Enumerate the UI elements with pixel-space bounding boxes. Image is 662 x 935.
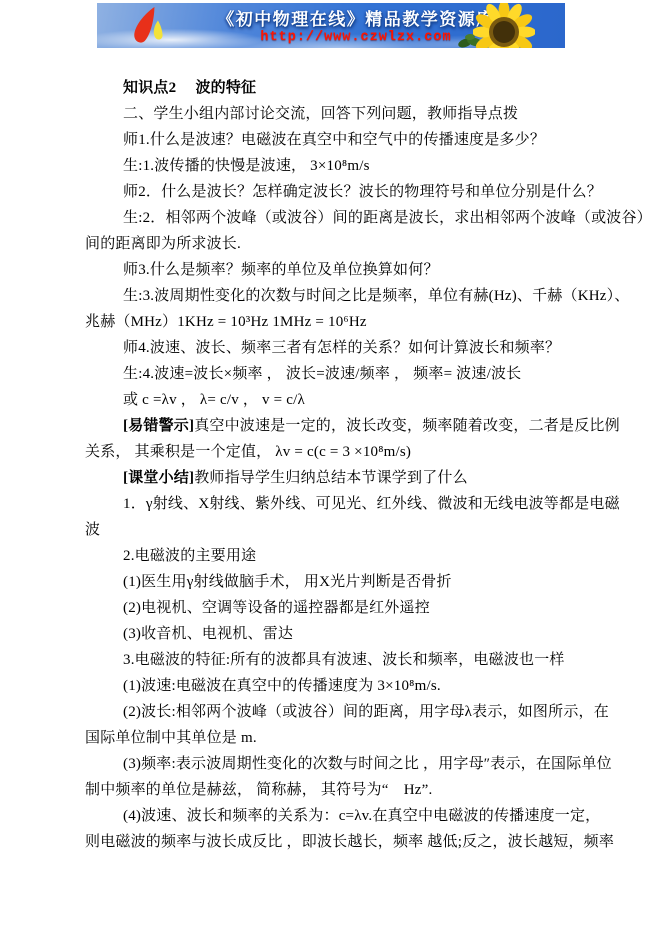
line-text: (1)医生用γ射线做脑手术， 用X光片判断是否骨折 bbox=[123, 574, 452, 590]
text-line: 关系， 其乘积是一个定值， λv = c(c = 3 ×10⁸m/s) bbox=[85, 439, 585, 465]
line-text: 国际单位制中其单位是 m. bbox=[85, 730, 257, 746]
line-text: 二、学生小组内部讨论交流，回答下列问题，教师指导点拨 bbox=[123, 106, 518, 122]
text-line: 师4.波速、波长、频率三者有怎样的关系？如何计算波长和频率？ bbox=[85, 335, 585, 361]
line-text: (3)收音机、电视机、雷达 bbox=[123, 626, 293, 642]
line-text: 则电磁波的频率与波长成反比 ，即波长越长，频率 越低;反之，波长越短，频率 bbox=[85, 834, 614, 850]
text-line: 师1.什么是波速？电磁波在真空中和空气中的传播速度是多少？ bbox=[85, 127, 585, 153]
sunflower-icon bbox=[473, 3, 535, 48]
line-text: 2.电磁波的主要用途 bbox=[123, 548, 256, 564]
line-text: 间的距离即为所求波长. bbox=[85, 236, 241, 252]
text-line: 间的距离即为所求波长. bbox=[85, 231, 585, 257]
line-text: 关系， 其乘积是一个定值， λv = c(c = 3 ×10⁸m/s) bbox=[85, 444, 411, 460]
text-line: 生:1.波传播的快慢是波速， 3×10⁸m/s bbox=[85, 153, 585, 179]
line-text: 师1.什么是波速？电磁波在真空中和空气中的传播速度是多少？ bbox=[123, 132, 545, 148]
line-text: (1)波速:电磁波在真空中的传播速度为 3×10⁸m/s. bbox=[123, 678, 441, 694]
line-text: 教师指导学生归纳总结本节课学到了什么 bbox=[194, 470, 468, 486]
line-text: 生:2．相邻两个波峰（或波谷）间的距离是波长，求出相邻两个波峰（或波谷） bbox=[123, 210, 652, 226]
line-text: 师2．什么是波长？怎样确定波长？波长的物理符号和单位分别是什么？ bbox=[123, 184, 602, 200]
text-line: [课堂小结]教师指导学生归纳总结本节课学到了什么 bbox=[85, 465, 585, 491]
text-line: 国际单位制中其单位是 m. bbox=[85, 725, 585, 751]
line-text: 3.电磁波的特征:所有的波都具有波速、波长和频率，电磁波也一样 bbox=[123, 652, 565, 668]
line-text: 或 c =λv ， λ= c/v ， v = c/λ bbox=[123, 392, 305, 408]
line-text: (3)频率:表示波周期性变化的次数与时间之比 ，用字母″表示，在国际单位 bbox=[123, 756, 612, 772]
text-line: (3)频率:表示波周期性变化的次数与时间之比 ，用字母″表示，在国际单位 bbox=[85, 751, 585, 777]
text-line: 生:3.波周期性变化的次数与时间之比是频率，单位有赫(Hz)、千赫（KHz）、 bbox=[85, 283, 585, 309]
text-line: 3.电磁波的特征:所有的波都具有波速、波长和频率，电磁波也一样 bbox=[85, 647, 585, 673]
line-text: 生:4.波速=波长×频率 ， 波长=波速/频率 ， 频率= 波速/波长 bbox=[123, 366, 521, 382]
text-line: [易错警示]真空中波速是一定的，波长改变，频率随着改变，二者是反比例 bbox=[85, 413, 585, 439]
flame-logo-icon bbox=[127, 4, 171, 48]
line-text: 生:3.波周期性变化的次数与时间之比是频率，单位有赫(Hz)、千赫（KHz）、 bbox=[123, 288, 630, 304]
line-text: 师3.什么是频率？频率的单位及单位换算如何？ bbox=[123, 262, 439, 278]
text-line: 二、学生小组内部讨论交流，回答下列问题，教师指导点拨 bbox=[85, 101, 585, 127]
text-line: 2.电磁波的主要用途 bbox=[85, 543, 585, 569]
line-bold-prefix: [易错警示] bbox=[123, 418, 194, 434]
text-line: (1)医生用γ射线做脑手术， 用X光片判断是否骨折 bbox=[85, 569, 585, 595]
line-bold-prefix: [课堂小结] bbox=[123, 470, 194, 486]
line-text: 知识点2 波的特征 bbox=[123, 80, 256, 96]
line-text: 师4.波速、波长、频率三者有怎样的关系？如何计算波长和频率？ bbox=[123, 340, 560, 356]
document-body: 知识点2 波的特征二、学生小组内部讨论交流，回答下列问题，教师指导点拨师1.什么… bbox=[85, 75, 585, 855]
line-text: (2)波长:相邻两个波峰（或波谷）间的距离，用字母λ表示，如图所示，在 bbox=[123, 704, 609, 720]
text-line: (2)波长:相邻两个波峰（或波谷）间的距离，用字母λ表示，如图所示，在 bbox=[85, 699, 585, 725]
line-text: 真空中波速是一定的，波长改变，频率随着改变，二者是反比例 bbox=[194, 418, 620, 434]
line-text: 波 bbox=[85, 522, 100, 538]
text-line: 知识点2 波的特征 bbox=[85, 75, 585, 101]
text-line: 师3.什么是频率？频率的单位及单位换算如何？ bbox=[85, 257, 585, 283]
text-line: 或 c =λv ， λ= c/v ， v = c/λ bbox=[85, 387, 585, 413]
text-line: 波 bbox=[85, 517, 585, 543]
site-banner: 《初中物理在线》精品教学资源库 http://www.czwlzx.com bbox=[97, 3, 565, 48]
text-line: (4)波速、波长和频率的关系为：c=λv.在真空中电磁波的传播速度一定， bbox=[85, 803, 585, 829]
text-line: 则电磁波的频率与波长成反比 ，即波长越长，频率 越低;反之，波长越短，频率 bbox=[85, 829, 585, 855]
text-line: (3)收音机、电视机、雷达 bbox=[85, 621, 585, 647]
text-line: (2)电视机、空调等设备的遥控器都是红外遥控 bbox=[85, 595, 585, 621]
line-text: (2)电视机、空调等设备的遥控器都是红外遥控 bbox=[123, 600, 430, 616]
line-text: 制中频率的单位是赫兹， 简称赫， 其符号为“ Hz”. bbox=[85, 782, 432, 798]
text-line: 生:4.波速=波长×频率 ， 波长=波速/频率 ， 频率= 波速/波长 bbox=[85, 361, 585, 387]
text-line: 生:2．相邻两个波峰（或波谷）间的距离是波长，求出相邻两个波峰（或波谷） bbox=[85, 205, 585, 231]
text-line: 兆赫（MHz）1KHz = 10³Hz 1MHz = 10⁶Hz bbox=[85, 309, 585, 335]
banner-title: 《初中物理在线》精品教学资源库 bbox=[193, 5, 519, 30]
line-text: 1．γ射线、X射线、紫外线、可见光、红外线、微波和无线电波等都是电磁 bbox=[123, 496, 620, 512]
text-line: 师2．什么是波长？怎样确定波长？波长的物理符号和单位分别是什么？ bbox=[85, 179, 585, 205]
line-text: 生:1.波传播的快慢是波速， 3×10⁸m/s bbox=[123, 158, 370, 174]
line-text: 兆赫（MHz）1KHz = 10³Hz 1MHz = 10⁶Hz bbox=[85, 314, 367, 330]
text-line: (1)波速:电磁波在真空中的传播速度为 3×10⁸m/s. bbox=[85, 673, 585, 699]
line-text: (4)波速、波长和频率的关系为：c=λv.在真空中电磁波的传播速度一定， bbox=[123, 808, 600, 824]
text-line: 1．γ射线、X射线、紫外线、可见光、红外线、微波和无线电波等都是电磁 bbox=[85, 491, 585, 517]
text-line: 制中频率的单位是赫兹， 简称赫， 其符号为“ Hz”. bbox=[85, 777, 585, 803]
